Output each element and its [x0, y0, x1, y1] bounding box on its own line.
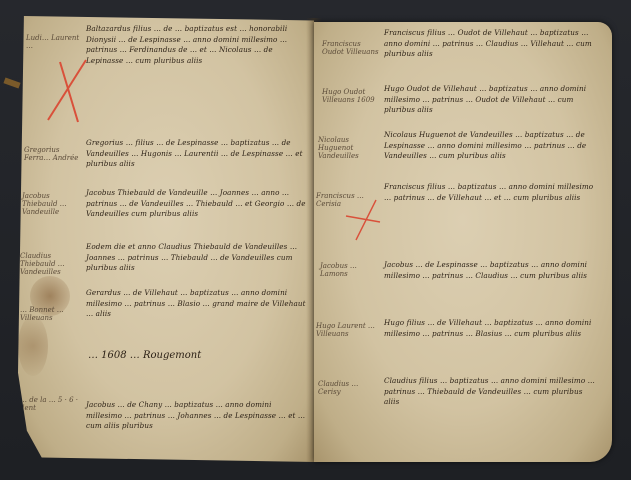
register-entry: Baltazardus filius … de … baptizatus est… — [86, 24, 308, 66]
margin-note: … de la … 5 · 6 · dent — [20, 396, 82, 412]
margin-note: Nicolaus Huguenot Vandeuilles — [318, 136, 380, 160]
manuscript-photo: Ludi… Laurent … Gregorius Ferra… Andrée … — [0, 0, 631, 480]
register-entry: Nicolaus Huguenot de Vandeuilles … bapti… — [384, 130, 600, 162]
register-entry: Eodem die et anno Claudius Thiebauld de … — [86, 242, 308, 274]
register-entry: Jacobus … de Lespinasse … baptizatus … a… — [384, 260, 600, 281]
left-page: Ludi… Laurent … Gregorius Ferra… Andrée … — [18, 16, 314, 462]
red-x-mark — [344, 198, 384, 248]
margin-note: Jacobus … Lamons — [320, 262, 382, 278]
margin-note: Franciscus Oudot Villeuans — [322, 40, 384, 56]
margin-note: Hugo Oudot Villeuans 1609 — [322, 88, 384, 104]
red-x-mark — [42, 56, 92, 126]
margin-note: Claudius … Cerisy — [318, 380, 380, 396]
right-page: Franciscus Oudot Villeuans Hugo Oudot Vi… — [314, 22, 612, 462]
register-entry: Franciscus filius … Oudot de Villehaut …… — [384, 28, 600, 60]
margin-note: Ludi… Laurent … — [26, 34, 88, 50]
signature: … 1608 … Rougemont — [88, 350, 308, 361]
register-entry: Jacobus … de Chany … baptizatus … anno d… — [86, 400, 308, 432]
margin-note: … Bonnet … Villeuans — [20, 306, 82, 322]
register-entry: Hugo filius … de Villehaut … baptizatus … — [384, 318, 600, 339]
margin-note: Gregorius Ferra… Andrée — [24, 146, 86, 162]
register-entry: Gregorius … filius … de Lespinasse … bap… — [86, 138, 308, 170]
register-entry: Gerardus … de Villehaut … baptizatus … a… — [86, 288, 308, 320]
margin-note: Hugo Laurent … Villeuans — [316, 322, 378, 338]
water-stain — [18, 316, 48, 376]
margin-note: Jacobus Thiebauld … Vandeuille — [22, 192, 84, 216]
register-entry: Hugo Oudot de Villehaut … baptizatus … a… — [384, 84, 600, 116]
register-entry: Jacobus Thiebauld de Vandeuille … Joanne… — [86, 188, 308, 220]
margin-note: Claudius Thiebauld … Vandeuilles — [20, 252, 82, 276]
register-entry: Franciscus filius … baptizatus … anno do… — [384, 182, 600, 203]
register-entry: Claudius filius … baptizatus … anno domi… — [384, 376, 600, 408]
